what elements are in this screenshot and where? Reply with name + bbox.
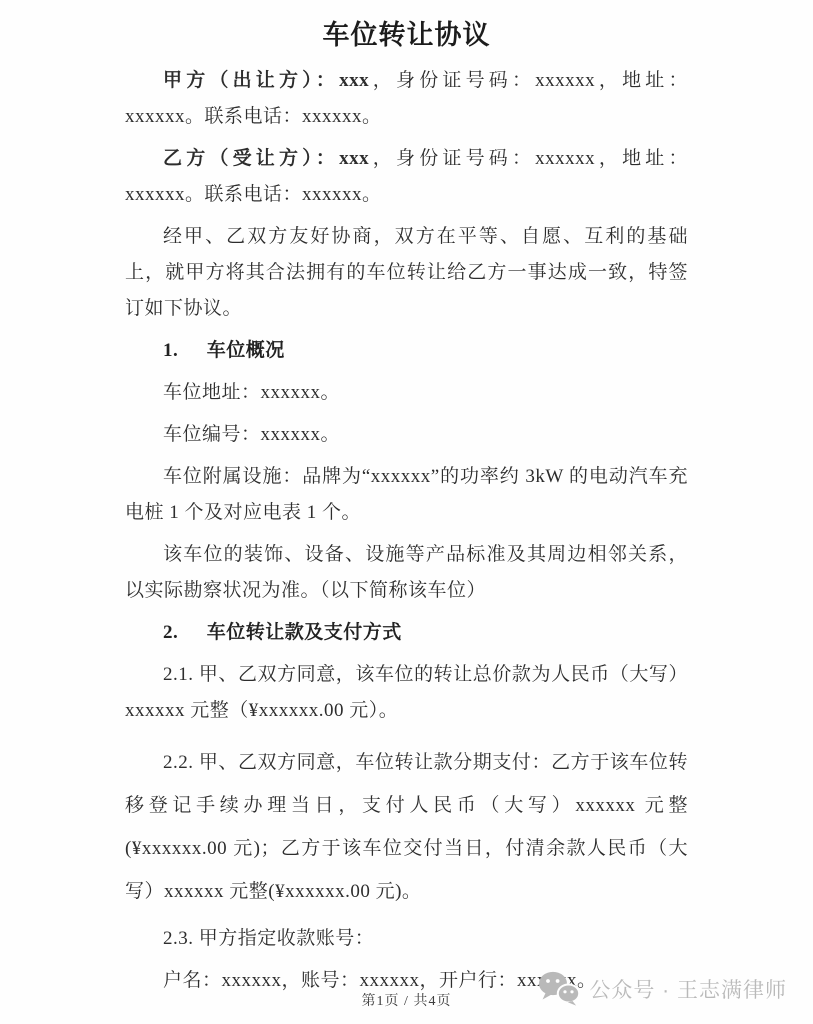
paragraph: 车位编号：xxxxxx。 [125,417,688,453]
paragraph: 该车位的装饰、设备、设施等产品标准及其周边相邻关系，以实际勘察状况为准。（以下简… [125,537,688,609]
paragraph: 1.车位概况 [125,333,688,369]
paragraph: 经甲、乙双方友好协商，双方在平等、自愿、互利的基础上，就甲方将其合法拥有的车位转… [125,219,688,327]
page-footer: 第1页 / 共4页 公众号 · 王志满律师 [0,972,813,1024]
paragraph-text: 2.3. 甲方指定收款账号： [163,928,374,949]
paragraph: 2.2. 甲、乙双方同意，车位转让款分期支付：乙方于该车位转移登记手续办理当日，… [125,741,688,913]
wechat-icon [538,971,580,1006]
paragraph-number: 2. [163,622,178,643]
paragraph-text: 车位转让款及支付方式 [207,622,402,643]
paragraph-text: 车位地址：xxxxxx。 [163,382,340,403]
document-page: 车位转让协议 甲方（出让方）：xxx，身份证号码：xxxxxx，地址：xxxxx… [0,0,813,1024]
paragraph: 车位附属设施：品牌为“xxxxxx”的功率约 3kW 的电动汽车充电桩 1 个及… [125,459,688,531]
paragraph-text: 车位附属设施：品牌为“xxxxxx”的功率约 3kW 的电动汽车充电桩 1 个及… [125,466,688,523]
document-title: 车位转让协议 [125,13,688,52]
paragraph-lead: 甲方（出让方）：xxx [163,70,369,91]
page-indicator: 第1页 / 共4页 [362,990,452,1010]
paragraph: 2.车位转让款及支付方式 [125,615,688,651]
paragraph-text: 车位概况 [207,340,285,361]
paragraph: 车位地址：xxxxxx。 [125,375,688,411]
paragraph: 2.3. 甲方指定收款账号： [125,921,688,957]
watermark-text: 公众号 · 王志满律师 [589,974,787,1004]
paragraph-text: 车位编号：xxxxxx。 [163,424,340,445]
watermark: 公众号 · 王志满律师 [538,971,787,1006]
paragraph-text: 该车位的装饰、设备、设施等产品标准及其周边相邻关系，以实际勘察状况为准。（以下简… [125,544,688,601]
paragraph: 2.1. 甲、乙双方同意，该车位的转让总价款为人民币（大写）xxxxxx 元整（… [125,657,688,729]
paragraph-number: 1. [163,340,178,361]
document-body: 甲方（出让方）：xxx，身份证号码：xxxxxx，地址：xxxxxx。联系电话：… [125,63,688,999]
paragraph-text: 2.2. 甲、乙双方同意，车位转让款分期支付：乙方于该车位转移登记手续办理当日，… [125,752,688,902]
paragraph: 甲方（出让方）：xxx，身份证号码：xxxxxx，地址：xxxxxx。联系电话：… [125,63,688,135]
paragraph: 乙方（受让方）：xxx，身份证号码：xxxxxx，地址：xxxxxx。联系电话：… [125,141,688,213]
paragraph-text: 2.1. 甲、乙双方同意，该车位的转让总价款为人民币（大写）xxxxxx 元整（… [125,664,688,721]
paragraph-lead: 乙方（受让方）：xxx [163,148,369,169]
paragraph-text: 经甲、乙双方友好协商，双方在平等、自愿、互利的基础上，就甲方将其合法拥有的车位转… [125,226,688,319]
